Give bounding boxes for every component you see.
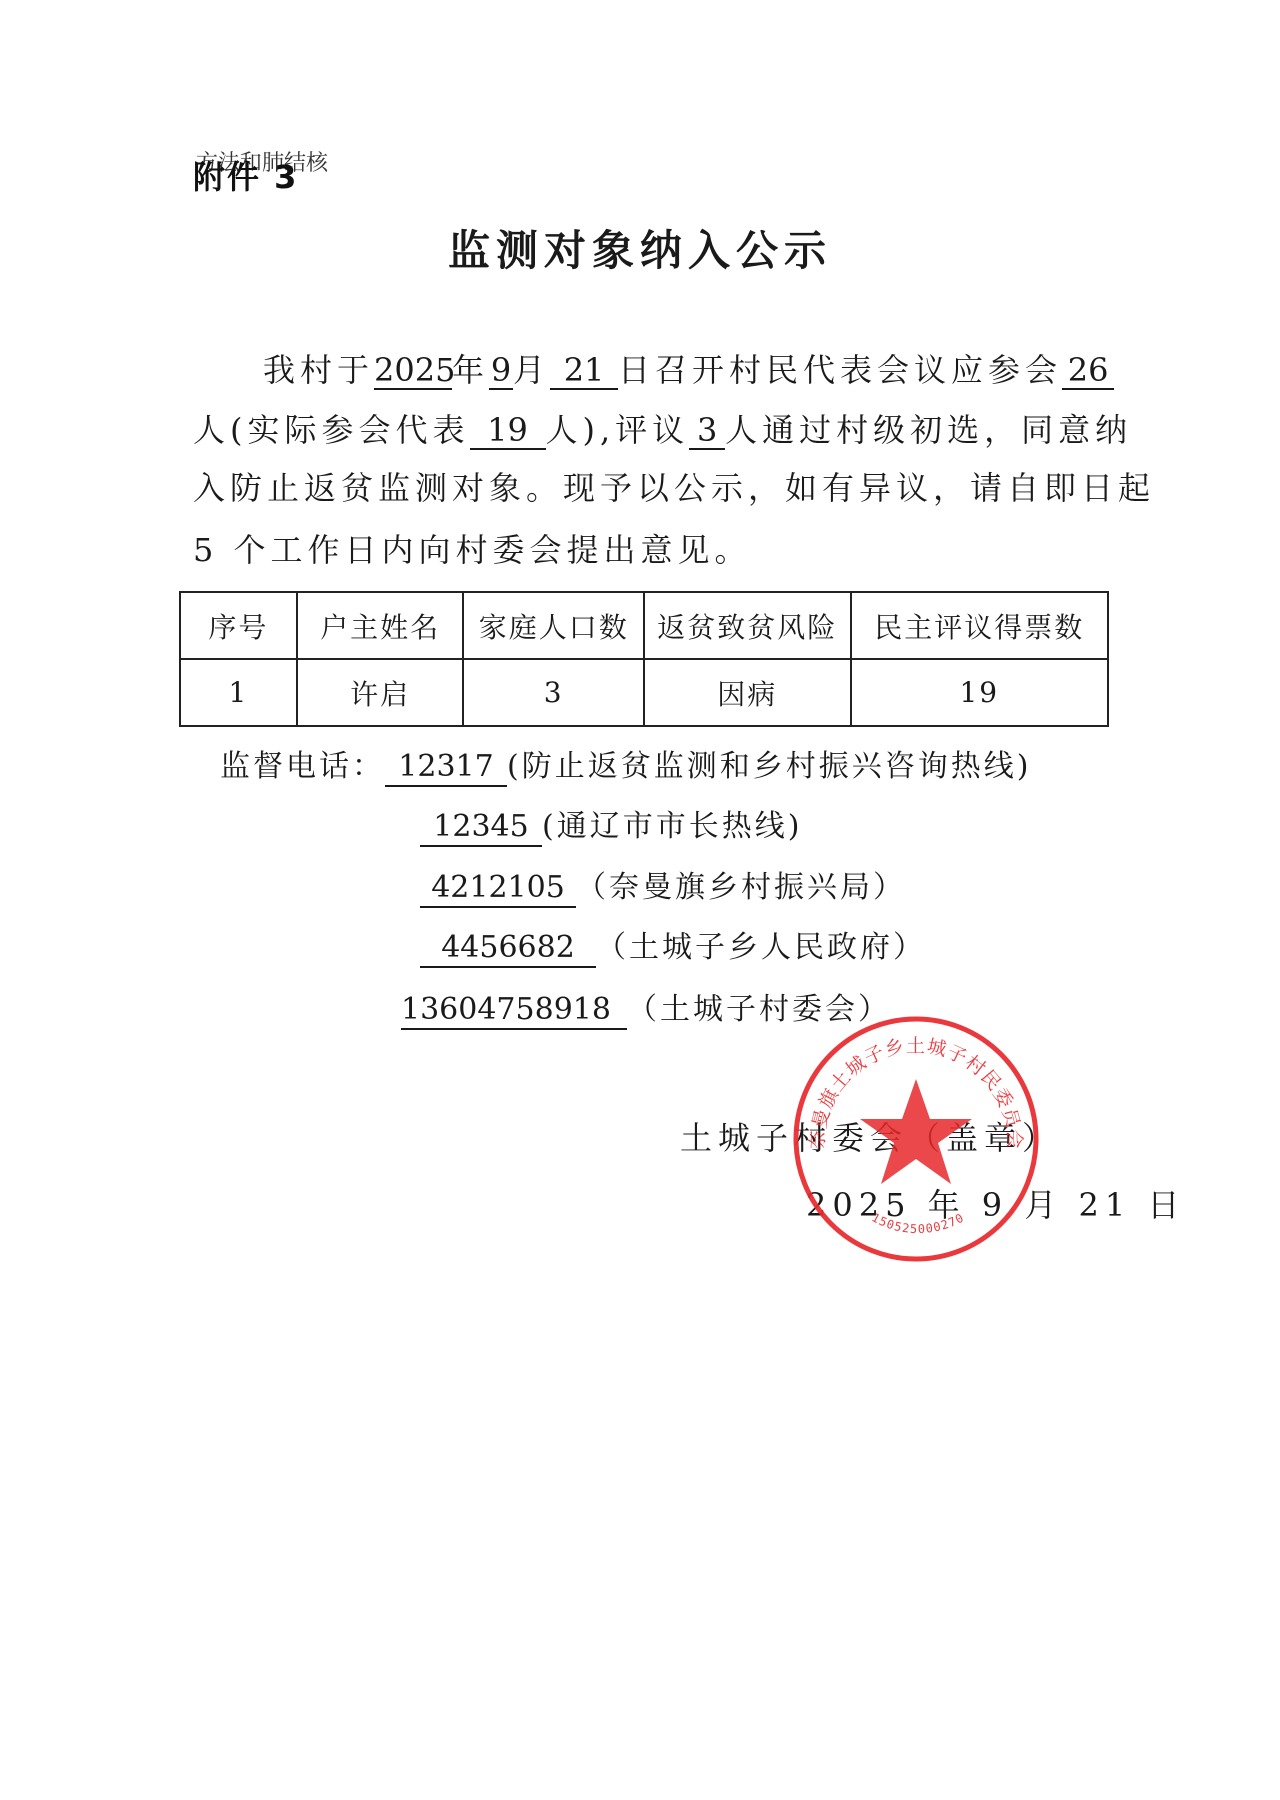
text: 月 — [513, 351, 550, 389]
hotline-desc: （土城子乡人民政府） — [596, 930, 926, 965]
hotline-row-3: 4212105（奈曼旗乡村振兴局） — [420, 868, 906, 908]
expected-attendees: 26 — [1062, 352, 1114, 390]
paragraph-line-1: 我村于2025年9月21日召开村民代表会议应参会26 — [263, 350, 1114, 390]
hotline-desc: (通辽市市长热线) — [542, 809, 802, 844]
hotline-row-4: 4456682（土城子乡人民政府） — [420, 928, 926, 968]
cell-seq: 1 — [180, 659, 297, 726]
text: 人通过村级初选，同意纳 — [725, 411, 1132, 449]
reviewed-count: 3 — [689, 412, 725, 450]
signature-date: 2025 年 9 月 21 日 — [806, 1180, 1185, 1226]
hotline-row-5: 13604758918（土城子村委会） — [401, 990, 891, 1030]
hotline-number: 12345 — [420, 809, 542, 847]
hotline-number: 4456682 — [420, 930, 596, 968]
hotline-number: 4212105 — [420, 870, 576, 908]
text: 年 — [452, 351, 489, 389]
cell-household-size: 3 — [463, 659, 644, 726]
actual-attendees: 19 — [470, 412, 546, 450]
header-seq: 序号 — [180, 592, 297, 659]
hotline-label: 监督电话： — [220, 749, 385, 784]
paragraph-line-4: 5 个工作日内向村委会提出意见。 — [193, 530, 752, 570]
header-head-name: 户主姓名 — [297, 592, 464, 659]
hotline-desc: （奈曼旗乡村振兴局） — [576, 870, 906, 905]
hotline-row-1: 监督电话：12317(防止返贫监测和乡村振兴咨询热线) — [220, 747, 1031, 787]
meeting-year: 2025 — [374, 352, 452, 390]
attachment-label: 附件 3 — [193, 152, 298, 198]
hotline-number: 13604758918 — [401, 992, 627, 1030]
text: 人(实际参会代表 — [193, 411, 470, 449]
meeting-month: 9 — [489, 352, 513, 390]
hotline-number: 12317 — [385, 749, 507, 787]
header-risk: 返贫致贫风险 — [644, 592, 851, 659]
header-household-size: 家庭人口数 — [463, 592, 644, 659]
paragraph-line-2: 人(实际参会代表19人),评议3人通过村级初选，同意纳 — [193, 410, 1132, 450]
meeting-day: 21 — [550, 352, 618, 390]
hotline-desc: (防止返贫监测和乡村振兴咨询热线) — [507, 749, 1031, 784]
signature-org: 土城子村委会（盖章） — [680, 1113, 1060, 1159]
text: 日召开村民代表会议应参会 — [618, 351, 1062, 389]
cell-risk: 因病 — [644, 659, 851, 726]
monitoring-table: 序号 户主姓名 家庭人口数 返贫致贫风险 民主评议得票数 1 许启 3 因病 1… — [179, 591, 1109, 727]
header-votes: 民主评议得票数 — [851, 592, 1108, 659]
text: 我村于 — [263, 351, 374, 389]
paragraph-line-3: 入防止返贫监测对象。现予以公示，如有异议，请自即日起 — [193, 468, 1155, 508]
page-title: 监测对象纳入公示 — [0, 218, 1280, 278]
table-header-row: 序号 户主姓名 家庭人口数 返贫致贫风险 民主评议得票数 — [180, 592, 1108, 659]
text: 人),评议 — [546, 411, 690, 449]
table-row: 1 许启 3 因病 19 — [180, 659, 1108, 726]
hotline-desc: （土城子村委会） — [627, 992, 891, 1027]
hotline-row-2: 12345(通辽市市长热线) — [420, 807, 802, 847]
cell-head-name: 许启 — [297, 659, 464, 726]
cell-votes: 19 — [851, 659, 1108, 726]
